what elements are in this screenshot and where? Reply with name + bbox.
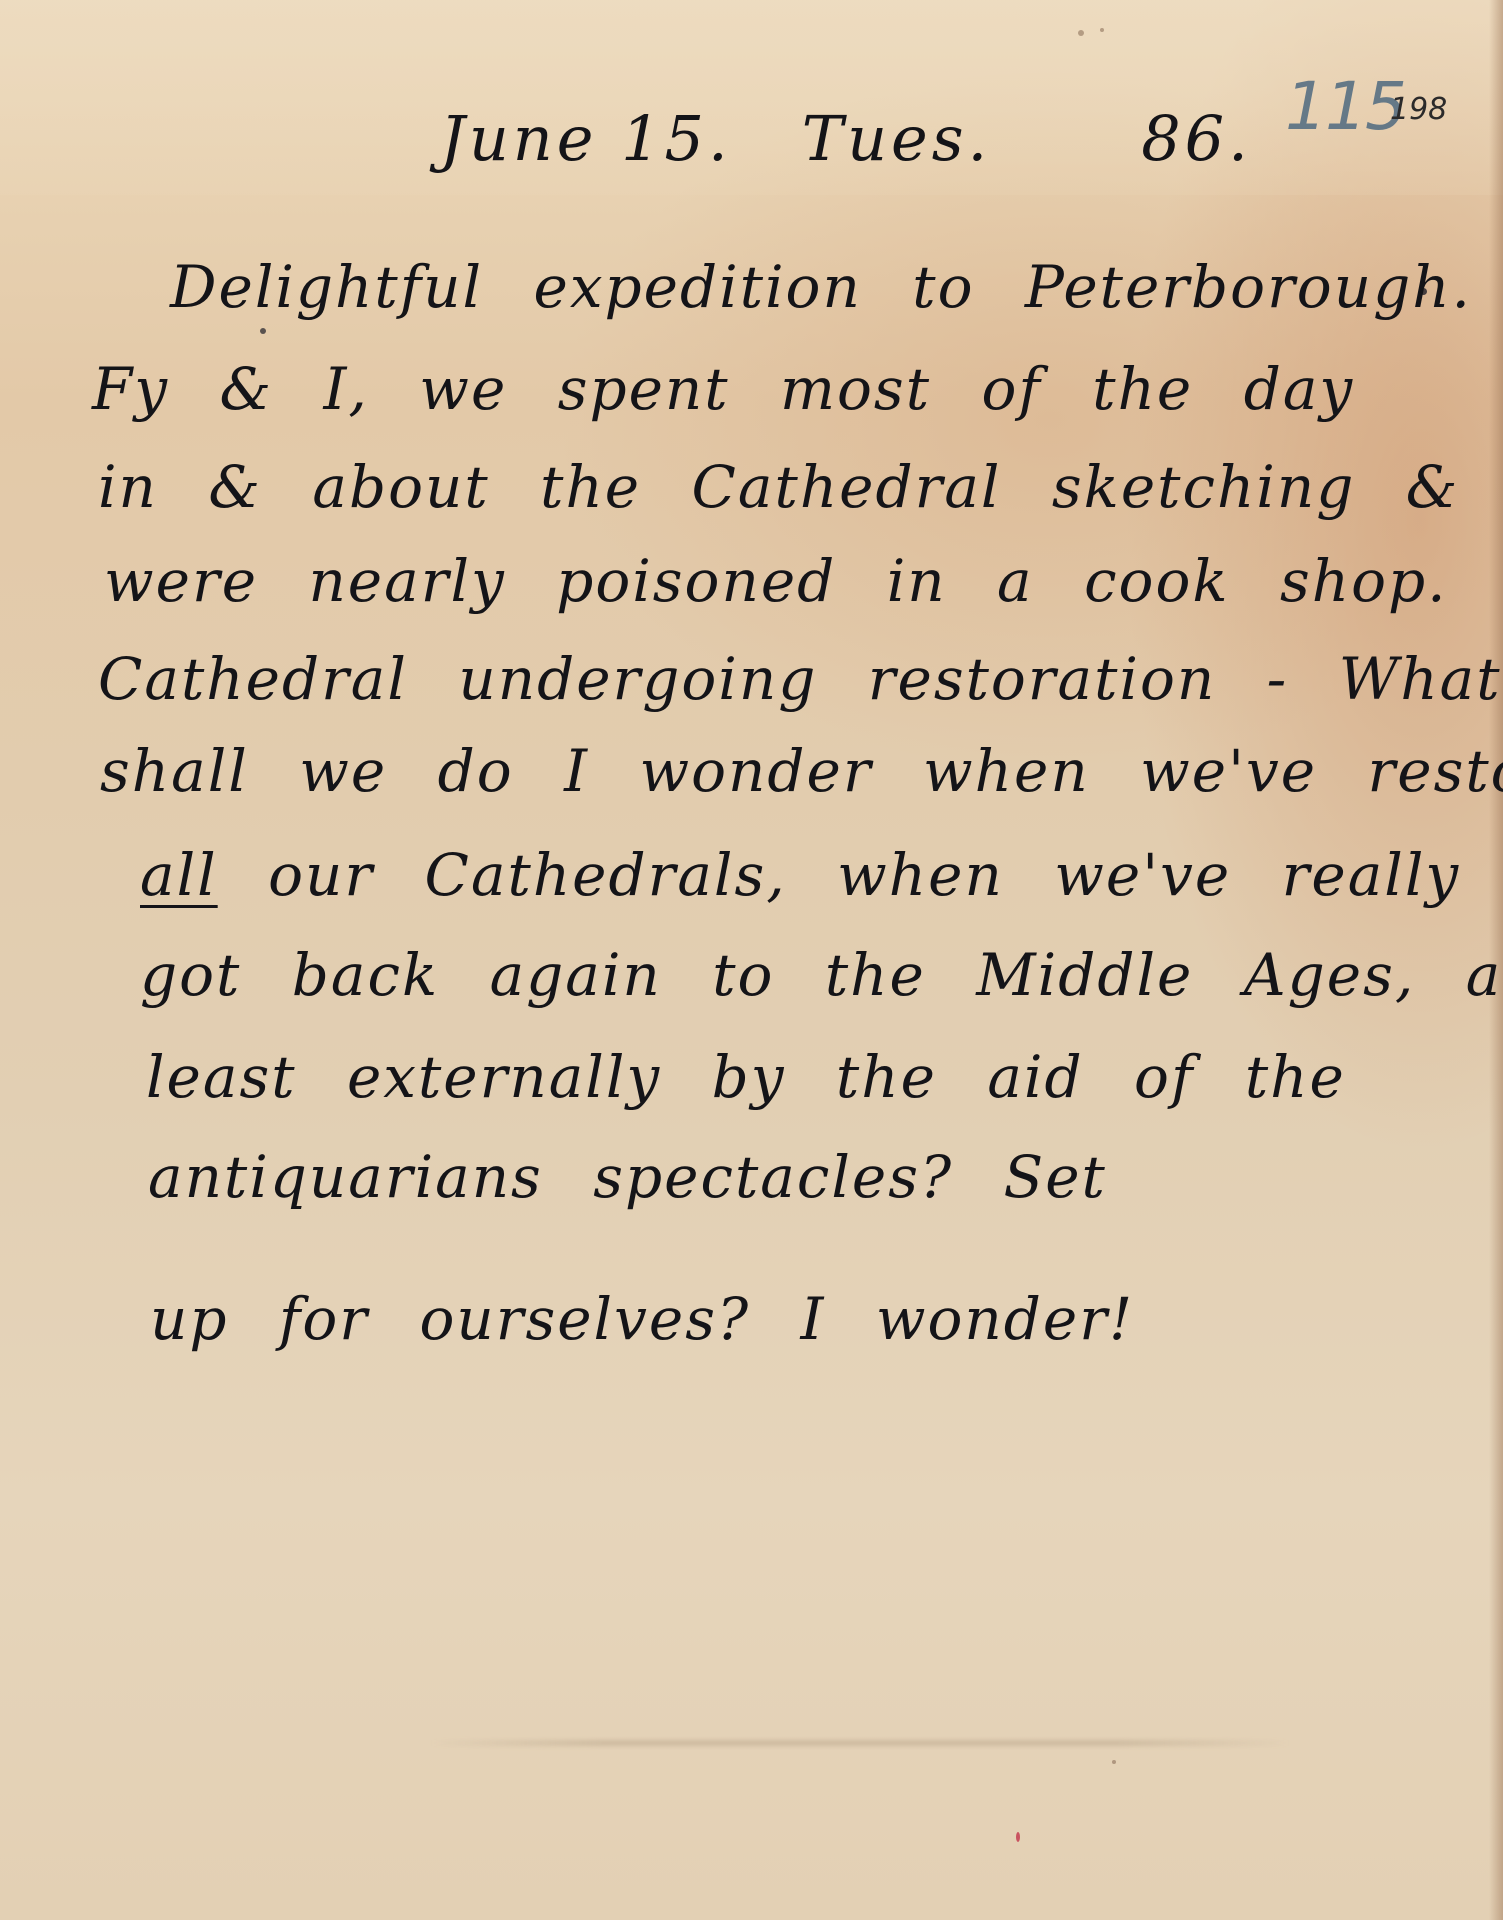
date-month-day: June 15. — [440, 102, 732, 175]
text-line-8: got back again to the Middle Ages, at — [140, 946, 1503, 1004]
paper-speck — [1100, 28, 1104, 32]
date-year: 86. — [1141, 102, 1252, 175]
paper-fold-line — [430, 1740, 1290, 1746]
text-line-11: up for ourselves? I wonder! — [150, 1290, 1134, 1348]
text-line-7-rest: our Cathedrals, when we've really — [268, 841, 1460, 909]
text-line-3: in & about the Cathedral sketching & — [98, 458, 1459, 516]
date-weekday: Tues. — [802, 102, 992, 175]
paper-speck — [1112, 1760, 1116, 1764]
text-line-1: Delightful expedition to Peterborough. — [170, 258, 1472, 316]
text-line-5: Cathedral undergoing restoration - What — [98, 650, 1502, 708]
old-folio-number: 198 — [1390, 92, 1447, 127]
paper-speck — [1078, 30, 1084, 36]
text-line-9: least externally by the aid of the — [146, 1048, 1346, 1106]
text-line-7: all our Cathedrals, when we've really — [140, 846, 1460, 904]
text-line-10: antiquarians spectacles? Set — [148, 1148, 1107, 1206]
ink-speck-red — [1016, 1832, 1020, 1842]
underlined-word: all — [140, 841, 218, 909]
text-line-2: Fy & I, we spent most of the day — [92, 360, 1354, 418]
entry-date-heading: June 15.Tues.86. — [440, 108, 1252, 170]
manuscript-page: 115 198 June 15.Tues.86. Delightful expe… — [0, 0, 1503, 1920]
text-line-6: shall we do I wonder when we've restored — [100, 742, 1503, 800]
text-line-4: were nearly poisoned in a cook shop. — [104, 552, 1448, 610]
paper-speck — [260, 328, 266, 334]
folio-number: 115 — [1285, 68, 1405, 145]
